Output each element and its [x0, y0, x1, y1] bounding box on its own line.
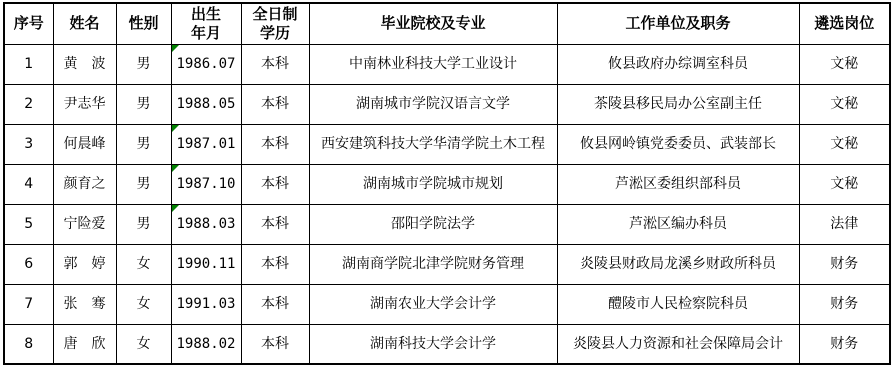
cell-birth: 1986.07 — [171, 44, 241, 84]
cell-no: 8 — [4, 324, 53, 364]
cell-workplace: 攸县网岭镇党委委员、武装部长 — [557, 124, 799, 164]
cell-workplace: 攸县政府办综调室科员 — [557, 44, 799, 84]
birth-value: 1988.03 — [176, 216, 235, 232]
cell-error-marker-icon — [172, 165, 179, 172]
cell-degree: 本科 — [241, 164, 309, 204]
table-row: 5 宁险爱 男 1988.03 本科 邵阳学院法学 芦淞区编办科员 法律 — [4, 204, 890, 244]
cell-school: 湖南城市学院城市规划 — [309, 164, 557, 204]
cell-birth: 1988.02 — [171, 324, 241, 364]
cell-degree: 本科 — [241, 244, 309, 284]
cell-no: 3 — [4, 124, 53, 164]
cell-no: 4 — [4, 164, 53, 204]
birth-value: 1991.03 — [176, 296, 235, 312]
header-school: 毕业院校及专业 — [309, 3, 557, 44]
cell-gender: 男 — [116, 84, 171, 124]
table-row: 2 尹志华 男 1988.05 本科 湖南城市学院汉语言文学 茶陵县移民局办公室… — [4, 84, 890, 124]
cell-no: 1 — [4, 44, 53, 84]
table-row: 7 张 骞 女 1991.03 本科 湖南农业大学会计学 醴陵市人民检察院科员 … — [4, 284, 890, 324]
header-workplace: 工作单位及职务 — [557, 3, 799, 44]
cell-no: 7 — [4, 284, 53, 324]
personnel-roster-table: 序号 姓名 性别 出生 年月 全日制 学历 毕业院校及专业 工作单位及职务 遴选… — [3, 2, 891, 365]
cell-gender: 男 — [116, 44, 171, 84]
cell-school: 西安建筑科技大学华清学院土木工程 — [309, 124, 557, 164]
cell-error-marker-icon — [172, 205, 179, 212]
cell-position: 文秘 — [799, 124, 890, 164]
table-row: 3 何晨峰 男 1987.01 本科 西安建筑科技大学华清学院土木工程 攸县网岭… — [4, 124, 890, 164]
cell-position: 文秘 — [799, 84, 890, 124]
cell-error-marker-icon — [172, 125, 179, 132]
birth-value: 1988.02 — [176, 336, 235, 352]
cell-birth: 1987.01 — [171, 124, 241, 164]
birth-value: 1988.05 — [176, 96, 235, 112]
cell-degree: 本科 — [241, 204, 309, 244]
header-row: 序号 姓名 性别 出生 年月 全日制 学历 毕业院校及专业 工作单位及职务 遴选… — [4, 3, 890, 44]
cell-position: 财务 — [799, 244, 890, 284]
cell-error-marker-icon — [172, 45, 179, 52]
cell-school: 湖南科技大学会计学 — [309, 324, 557, 364]
cell-workplace: 茶陵县移民局办公室副主任 — [557, 84, 799, 124]
cell-workplace: 炎陵县财政局龙溪乡财政所科员 — [557, 244, 799, 284]
cell-birth: 1987.10 — [171, 164, 241, 204]
cell-workplace: 芦淞区委组织部科员 — [557, 164, 799, 204]
header-degree: 全日制 学历 — [241, 3, 309, 44]
cell-name: 宁险爱 — [53, 204, 116, 244]
cell-gender: 女 — [116, 324, 171, 364]
cell-name: 尹志华 — [53, 84, 116, 124]
cell-name: 张 骞 — [53, 284, 116, 324]
header-name: 姓名 — [53, 3, 116, 44]
cell-degree: 本科 — [241, 284, 309, 324]
cell-birth: 1988.05 — [171, 84, 241, 124]
cell-gender: 女 — [116, 244, 171, 284]
cell-school: 湖南商学院北津学院财务管理 — [309, 244, 557, 284]
birth-value: 1986.07 — [176, 56, 235, 72]
cell-name: 何晨峰 — [53, 124, 116, 164]
birth-value: 1987.10 — [176, 176, 235, 192]
cell-school: 湖南农业大学会计学 — [309, 284, 557, 324]
cell-name: 颜育之 — [53, 164, 116, 204]
cell-degree: 本科 — [241, 84, 309, 124]
spreadsheet-area: 序号 姓名 性别 出生 年月 全日制 学历 毕业院校及专业 工作单位及职务 遴选… — [0, 0, 892, 367]
table-row: 6 郭 婷 女 1990.11 本科 湖南商学院北津学院财务管理 炎陵县财政局龙… — [4, 244, 890, 284]
cell-no: 6 — [4, 244, 53, 284]
cell-school: 湖南城市学院汉语言文学 — [309, 84, 557, 124]
cell-school: 邵阳学院法学 — [309, 204, 557, 244]
cell-workplace: 炎陵县人力资源和社会保障局会计 — [557, 324, 799, 364]
cell-no: 2 — [4, 84, 53, 124]
cell-workplace: 芦淞区编办科员 — [557, 204, 799, 244]
cell-gender: 女 — [116, 284, 171, 324]
cell-gender: 男 — [116, 164, 171, 204]
cell-position: 法律 — [799, 204, 890, 244]
header-no: 序号 — [4, 3, 53, 44]
cell-position: 文秘 — [799, 164, 890, 204]
cell-birth: 1991.03 — [171, 284, 241, 324]
table-row: 8 唐 欣 女 1988.02 本科 湖南科技大学会计学 炎陵县人力资源和社会保… — [4, 324, 890, 364]
header-gender: 性别 — [116, 3, 171, 44]
cell-gender: 男 — [116, 204, 171, 244]
birth-value: 1990.11 — [176, 256, 235, 272]
cell-workplace: 醴陵市人民检察院科员 — [557, 284, 799, 324]
cell-name: 唐 欣 — [53, 324, 116, 364]
cell-no: 5 — [4, 204, 53, 244]
cell-birth: 1988.03 — [171, 204, 241, 244]
cell-degree: 本科 — [241, 44, 309, 84]
cell-school: 中南林业科技大学工业设计 — [309, 44, 557, 84]
cell-position: 财务 — [799, 284, 890, 324]
header-position: 遴选岗位 — [799, 3, 890, 44]
cell-name: 黄 波 — [53, 44, 116, 84]
cell-position: 文秘 — [799, 44, 890, 84]
cell-name: 郭 婷 — [53, 244, 116, 284]
cell-degree: 本科 — [241, 324, 309, 364]
table-row: 4 颜育之 男 1987.10 本科 湖南城市学院城市规划 芦淞区委组织部科员 … — [4, 164, 890, 204]
birth-value: 1987.01 — [176, 136, 235, 152]
table-row: 1 黄 波 男 1986.07 本科 中南林业科技大学工业设计 攸县政府办综调室… — [4, 44, 890, 84]
cell-position: 财务 — [799, 324, 890, 364]
cell-birth: 1990.11 — [171, 244, 241, 284]
cell-gender: 男 — [116, 124, 171, 164]
cell-degree: 本科 — [241, 124, 309, 164]
header-birth: 出生 年月 — [171, 3, 241, 44]
